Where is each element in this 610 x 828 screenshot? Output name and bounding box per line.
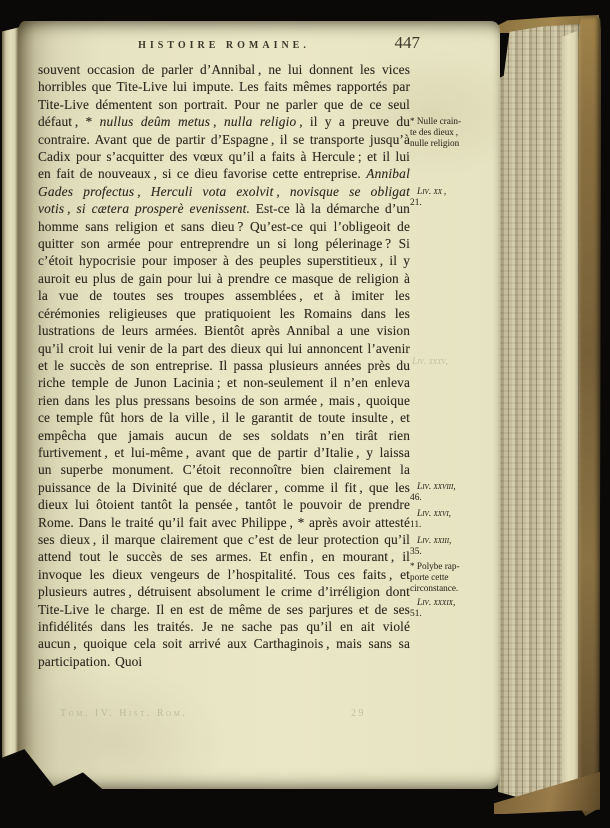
ghost-footer-number: 29 — [351, 708, 366, 719]
margin-note-line: 51. — [410, 609, 506, 620]
ghost-margin-note-showthrough: Liv. xxxv, — [412, 357, 508, 367]
book-cover-right-edge — [578, 16, 601, 816]
margin-note: * Nulle crain-te des dieux ,nulle religi… — [410, 116, 506, 150]
margin-note: Liv. xxvi,11. — [410, 509, 506, 531]
margin-column: * Nulle crain-te des dieux ,nulle religi… — [410, 21, 510, 789]
fore-edge-light-strip — [562, 26, 578, 804]
body-paragraph: souvent occasion de parler d’Annibal , n… — [38, 61, 410, 670]
margin-note: Liv. xxxix,51. — [410, 598, 506, 620]
margin-note-line: Liv. xxxix, — [410, 598, 506, 609]
book-photo: { "colors": { "background": "#0a0908", "… — [0, 0, 610, 828]
margin-note-line: 11. — [410, 520, 506, 531]
book-photo-scene: Histoire romaine. 447 souvent occasion d… — [0, 0, 610, 828]
margin-note-line: nulle religion — [410, 138, 506, 149]
margin-note: Liv. xx ,21. — [410, 187, 506, 209]
margin-note-line: Liv. xxvi, — [410, 509, 506, 520]
margin-note-line: 35. — [410, 547, 506, 558]
page-number: 447 — [38, 33, 420, 53]
book-page: Histoire romaine. 447 souvent occasion d… — [18, 21, 500, 789]
ghost-footer-signature: Tom. IV. Hist. Rom. — [60, 708, 187, 719]
margin-note-line: te des dieux , — [410, 127, 506, 138]
latin-quote: nullus deûm metus , nulla religio — [100, 114, 297, 129]
margin-note-line: circonstance. — [410, 583, 506, 594]
body-text-run: Est-ce là la démarche d’un homme sans re… — [38, 201, 410, 669]
margin-note-line: Liv. xxiii, — [410, 536, 506, 547]
margin-note-line: porte cette — [410, 572, 506, 583]
margin-note-line: * Nulle crain- — [410, 116, 506, 127]
margin-note-line: Liv. xxviii, — [410, 482, 506, 493]
margin-note-line: Liv. xx , — [410, 187, 506, 198]
margin-note: * Polybe rap-porte cettecirconstance. — [410, 561, 506, 595]
margin-note-line: 21. — [410, 198, 506, 209]
margin-note: Liv. xxiii,35. — [410, 536, 506, 558]
margin-note-line: 46. — [410, 493, 506, 504]
ghost-footer-showthrough: Tom. IV. Hist. Rom. 29 — [60, 708, 366, 719]
margin-note-line: * Polybe rap- — [410, 561, 506, 572]
margin-note: Liv. xxviii,46. — [410, 482, 506, 504]
